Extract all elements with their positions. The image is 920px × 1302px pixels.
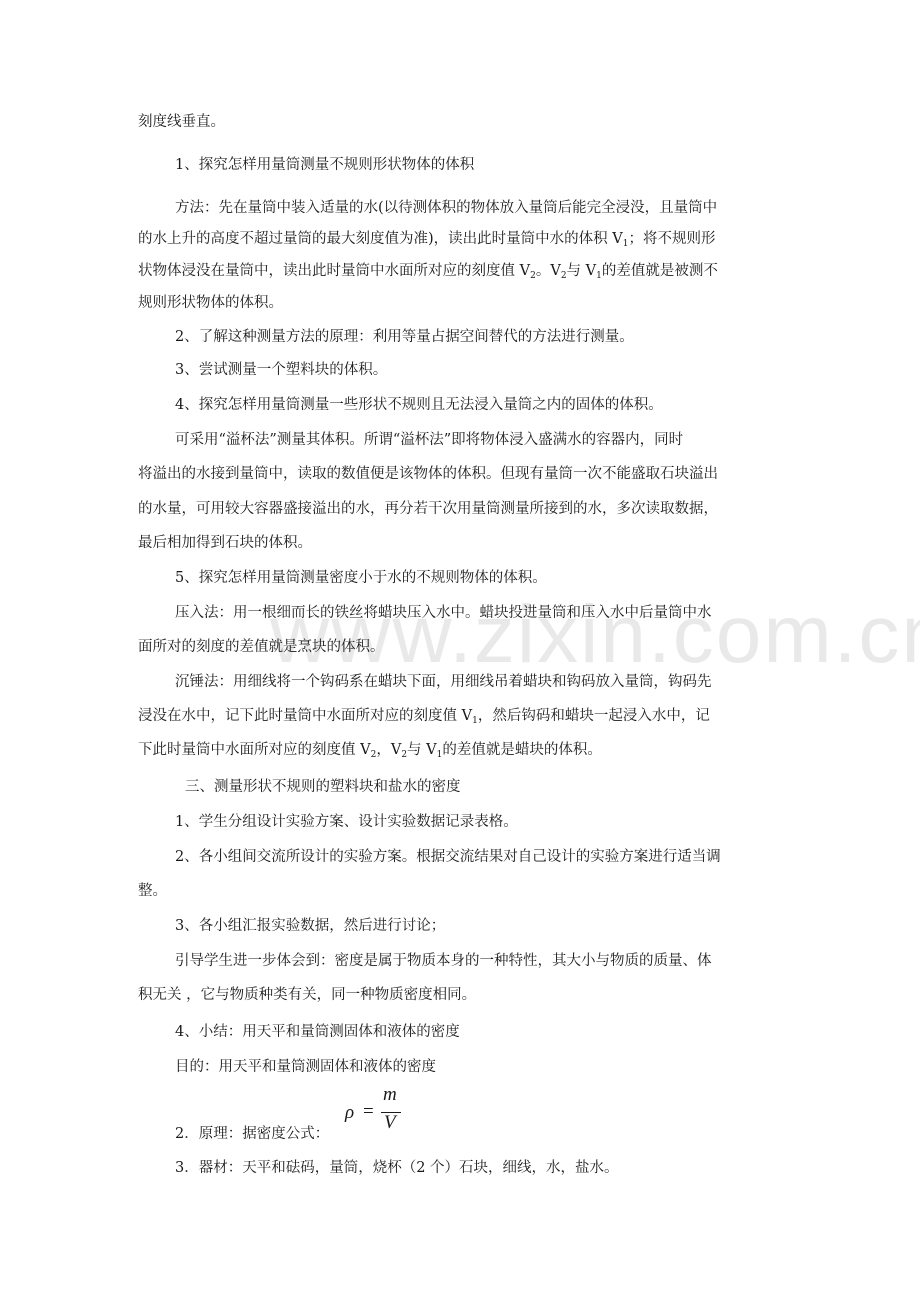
document-page: www.zixin.com.cn 刻度线垂直。 1、探究怎样用量筒测量不规则形状… — [0, 0, 920, 1302]
text: 5、探究怎样用量筒测量密度小于水的不规则物体的体积。 — [175, 570, 547, 586]
text: 2、各小组间交流所设计的实验方案。根据交流结果对自己设计的实验方案进行适当调 — [175, 849, 721, 865]
paragraph-line: 1、学生分组设计实验方案、设计实验数据记录表格。 — [175, 812, 518, 832]
text: 沉锤法：用细线将一个钩码系在蜡块下面，用细线吊着蜡块和钩码放入量筒，钩码先 — [175, 674, 712, 690]
summary-heading: 4、小结：用天平和量筒测固体和液体的密度 — [175, 1022, 460, 1042]
text: ，然后钩码和蜡块一起浸入水中，记 — [478, 708, 710, 724]
paragraph-line: 积无关 ，它与物质种类有关，同一种物质密度相同。 — [138, 985, 476, 1005]
text: 的差值就是被测不 — [602, 263, 718, 279]
paragraph-line: 规则形状物体的体积。 — [138, 293, 283, 313]
paragraph-line: 面所对的刻度的差值就是烹块的体积。 — [138, 637, 385, 657]
paragraph-line: 沉锤法：用细线将一个钩码系在蜡块下面，用细线吊着蜡块和钩码放入量筒，钩码先 — [175, 672, 712, 692]
paragraph-line: 方法：先在量筒中装入适量的水(以待测体积的物体放入量筒后能完全浸没，且量筒中 — [175, 198, 717, 218]
text: 。V — [536, 263, 561, 279]
section-heading-1: 1、探究怎样用量筒测量不规则形状物体的体积 — [175, 155, 474, 175]
text: 下此时量筒中水面所对应的刻度值 V — [138, 742, 371, 758]
paragraph-line: 5、探究怎样用量筒测量密度小于水的不规则物体的体积。 — [175, 568, 547, 588]
rho-symbol: ρ — [345, 1102, 354, 1124]
text: ；将不规则形 — [628, 231, 715, 247]
principle-line: 2．原理：据密度公式： — [175, 1124, 329, 1144]
text: 浸没在水中，记下此时量筒中水面所对应的刻度值 V — [138, 708, 472, 724]
paragraph-line: 引导学生进一步体会到：密度是属于物质本身的一种特性，其大小与物质的质量、体 — [175, 951, 712, 971]
paragraph-line: 压入法：用一根细而长的铁丝将蜡块压入水中。蜡块投进量筒和压入水中后量筒中水 — [175, 603, 712, 623]
text: 规则形状物体的体积。 — [138, 295, 283, 311]
formula-numerator: m — [383, 1084, 397, 1106]
paragraph-line: 可采用“溢杯法”测量其体积。所谓“溢杯法”即将物体浸入盛满水的容器内，同时 — [175, 430, 683, 450]
paragraph-line: 3、各小组汇报实验数据，然后进行讨论； — [175, 916, 445, 936]
paragraph-line: 刻度线垂直。 — [138, 112, 225, 132]
paragraph-line: 下此时量筒中水面所对应的刻度值 V2，V2与 V1的差值就是蜡块的体积。 — [138, 740, 602, 765]
text: 状物体浸没在量筒中，读出此时量筒中水面所对应的刻度值 V — [138, 263, 530, 279]
text: 整。 — [138, 883, 167, 899]
paragraph-line: 的水量，可用较大容器盛接溢出的水，再分若干次用量筒测量所接到的水，多次读取数据， — [138, 499, 718, 519]
paragraph-line: 3、尝试测量一个塑料块的体积。 — [175, 360, 387, 380]
paragraph-line: 状物体浸没在量筒中，读出此时量筒中水面所对应的刻度值 V2。V2与 V1的差值就… — [138, 261, 718, 286]
paragraph-line: 整。 — [138, 881, 167, 901]
text: 引导学生进一步体会到：密度是属于物质本身的一种特性，其大小与物质的质量、体 — [175, 953, 712, 969]
paragraph-line: 2、了解这种测量方法的原理：利用等量占据空间替代的方法进行测量。 — [175, 327, 634, 347]
text: 1、探究怎样用量筒测量不规则形状物体的体积 — [175, 157, 474, 173]
text: 2、了解这种测量方法的原理：利用等量占据空间替代的方法进行测量。 — [175, 329, 634, 345]
text: 方法：先在量筒中装入适量的水(以待测体积的物体放入量筒后能完全浸没，且量筒中 — [175, 200, 717, 216]
text: 将溢出的水接到量筒中，读取的数值便是该物体的体积。但现有量筒一次不能盛取石块溢出 — [138, 466, 718, 482]
text: 2．原理：据密度公式： — [175, 1126, 329, 1142]
text: 1、学生分组设计实验方案、设计实验数据记录表格。 — [175, 814, 518, 830]
text: 4、探究怎样用量筒测量一些形状不规则且无法浸入量筒之内的固体的体积。 — [175, 397, 663, 413]
text: 4、小结：用天平和量筒测固体和液体的密度 — [175, 1024, 460, 1040]
text: 3．器材：天平和砝码，量筒，烧杯（2 个）石块，细线，水，盐水。 — [175, 1160, 619, 1176]
paragraph-line: 2、各小组间交流所设计的实验方案。根据交流结果对自己设计的实验方案进行适当调 — [175, 847, 721, 867]
text: 的差值就是蜡块的体积。 — [442, 742, 602, 758]
text: 目的：用天平和量筒测固体和液体的密度 — [175, 1059, 436, 1075]
text: 3、尝试测量一个塑料块的体积。 — [175, 362, 387, 378]
text: 积无关 ，它与物质种类有关，同一种物质密度相同。 — [138, 987, 476, 1003]
formula-denominator: V — [384, 1112, 396, 1134]
materials-line: 3．器材：天平和砝码，量筒，烧杯（2 个）石块，细线，水，盐水。 — [175, 1158, 619, 1178]
text: 刻度线垂直。 — [138, 114, 225, 130]
text: 最后相加得到石块的体积。 — [138, 535, 312, 551]
text: 的水量，可用较大容器盛接溢出的水，再分若干次用量筒测量所接到的水，多次读取数据， — [138, 501, 718, 517]
section-heading-3: 三、测量形状不规则的塑料块和盐水的密度 — [185, 777, 461, 797]
text: 与 V — [407, 742, 437, 758]
text: 3、各小组汇报实验数据，然后进行讨论； — [175, 918, 445, 934]
text: 三、测量形状不规则的塑料块和盐水的密度 — [185, 779, 461, 795]
paragraph-line: 最后相加得到石块的体积。 — [138, 533, 312, 553]
text: 压入法：用一根细而长的铁丝将蜡块压入水中。蜡块投进量筒和压入水中后量筒中水 — [175, 605, 712, 621]
text: 可采用“溢杯法”测量其体积。所谓“溢杯法”即将物体浸入盛满水的容器内，同时 — [175, 432, 683, 448]
text: 面所对的刻度的差值就是烹块的体积。 — [138, 639, 385, 655]
paragraph-line: 4、探究怎样用量筒测量一些形状不规则且无法浸入量筒之内的固体的体积。 — [175, 395, 663, 415]
paragraph-line: 的水上升的高度不超过量筒的最大刻度值为准)，读出此时量筒中水的体积 V1；将不规… — [138, 229, 715, 254]
text: ，V — [376, 742, 401, 758]
paragraph-line: 将溢出的水接到量筒中，读取的数值便是该物体的体积。但现有量筒一次不能盛取石块溢出 — [138, 464, 718, 484]
purpose-line: 目的：用天平和量筒测固体和液体的密度 — [175, 1057, 436, 1077]
text: 与 V — [567, 263, 597, 279]
paragraph-line: 浸没在水中，记下此时量筒中水面所对应的刻度值 V1，然后钩码和蜡块一起浸入水中，… — [138, 706, 710, 731]
text: 的水上升的高度不超过量筒的最大刻度值为准)，读出此时量筒中水的体积 V — [138, 231, 623, 247]
equals-sign: = — [363, 1101, 374, 1123]
